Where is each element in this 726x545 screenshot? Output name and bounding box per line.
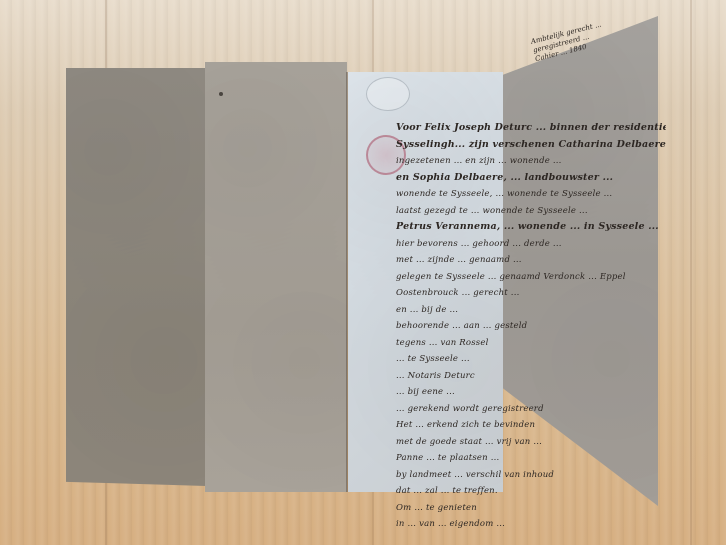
text-line: in ... van ... eigendom ... [396, 516, 666, 533]
text-line: Panne ... te plaatsen ... [396, 450, 666, 467]
text-line: Sysselingh... zijn verschenen Catharina … [396, 137, 666, 154]
text-line: ... Notaris Deturc [396, 368, 666, 385]
text-line: laatst gezegd te ... wonende te Sysseele… [396, 203, 666, 220]
text-line: dat ... zal ... te treffen. [396, 483, 666, 500]
text-line: Petrus Verannema, ... wonende ... in Sys… [396, 219, 666, 236]
text-line: ... bij eene ... [396, 384, 666, 401]
text-line: met de goede staat ... vrij van ... [396, 434, 666, 451]
text-line: Het ... erkend zich te bevinden [396, 417, 666, 434]
text-line: met ... zijnde ... genaamd ... [396, 252, 666, 269]
text-line: ingezetenen ... en zijn ... wonende ... [396, 153, 666, 170]
text-line: Voor Felix Joseph Deturc ... binnen der … [396, 120, 666, 137]
text-line: ... te Sysseele ... [396, 351, 666, 368]
handwritten-text: Voor Felix Joseph Deturc ... binnen der … [396, 120, 666, 533]
text-line: behoorende ... aan ... gesteld [396, 318, 666, 335]
text-line: gelegen te Sysseele ... genaamd Verdonck… [396, 269, 666, 286]
document-panel-outer-left [66, 68, 206, 486]
text-line: en ... bij de ... [396, 302, 666, 319]
text-line: wonende te Sysseele, ... wonende te Syss… [396, 186, 666, 203]
text-line: hier bevorens ... gehoord ... derde ... [396, 236, 666, 253]
text-line: Oostenbrouck ... gerecht ... [396, 285, 666, 302]
stain-mark [219, 92, 223, 96]
plank-seam [690, 0, 692, 545]
embossed-seal-icon [366, 77, 410, 111]
document-panel-inner-left [205, 62, 347, 492]
text-line: tegens ... van Rossel [396, 335, 666, 352]
text-line: ... gerekend wordt geregistreerd [396, 401, 666, 418]
text-line: en Sophia Delbaere, ... landbouwster ... [396, 170, 666, 187]
text-line: Om ... te genieten [396, 500, 666, 517]
text-line: by landmeet ... verschil van inhoud [396, 467, 666, 484]
